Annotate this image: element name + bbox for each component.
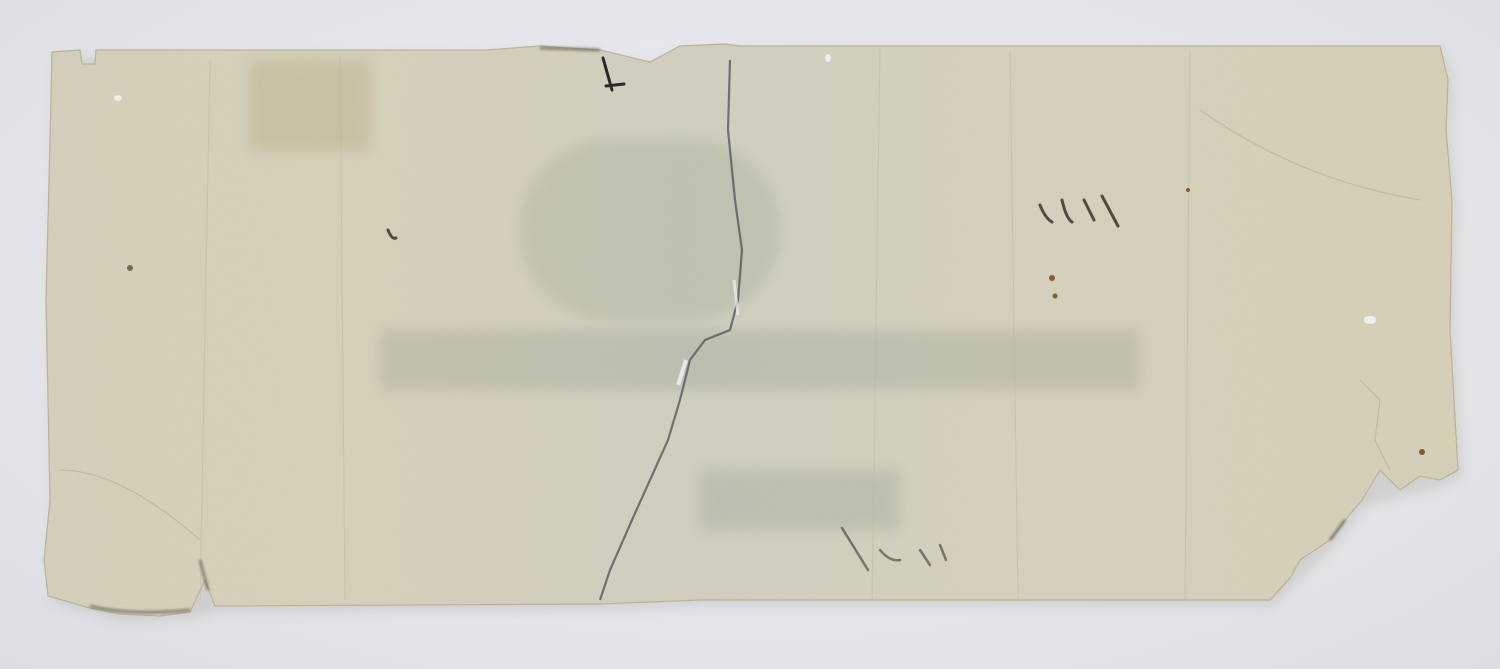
banknote-photo <box>0 0 1500 669</box>
